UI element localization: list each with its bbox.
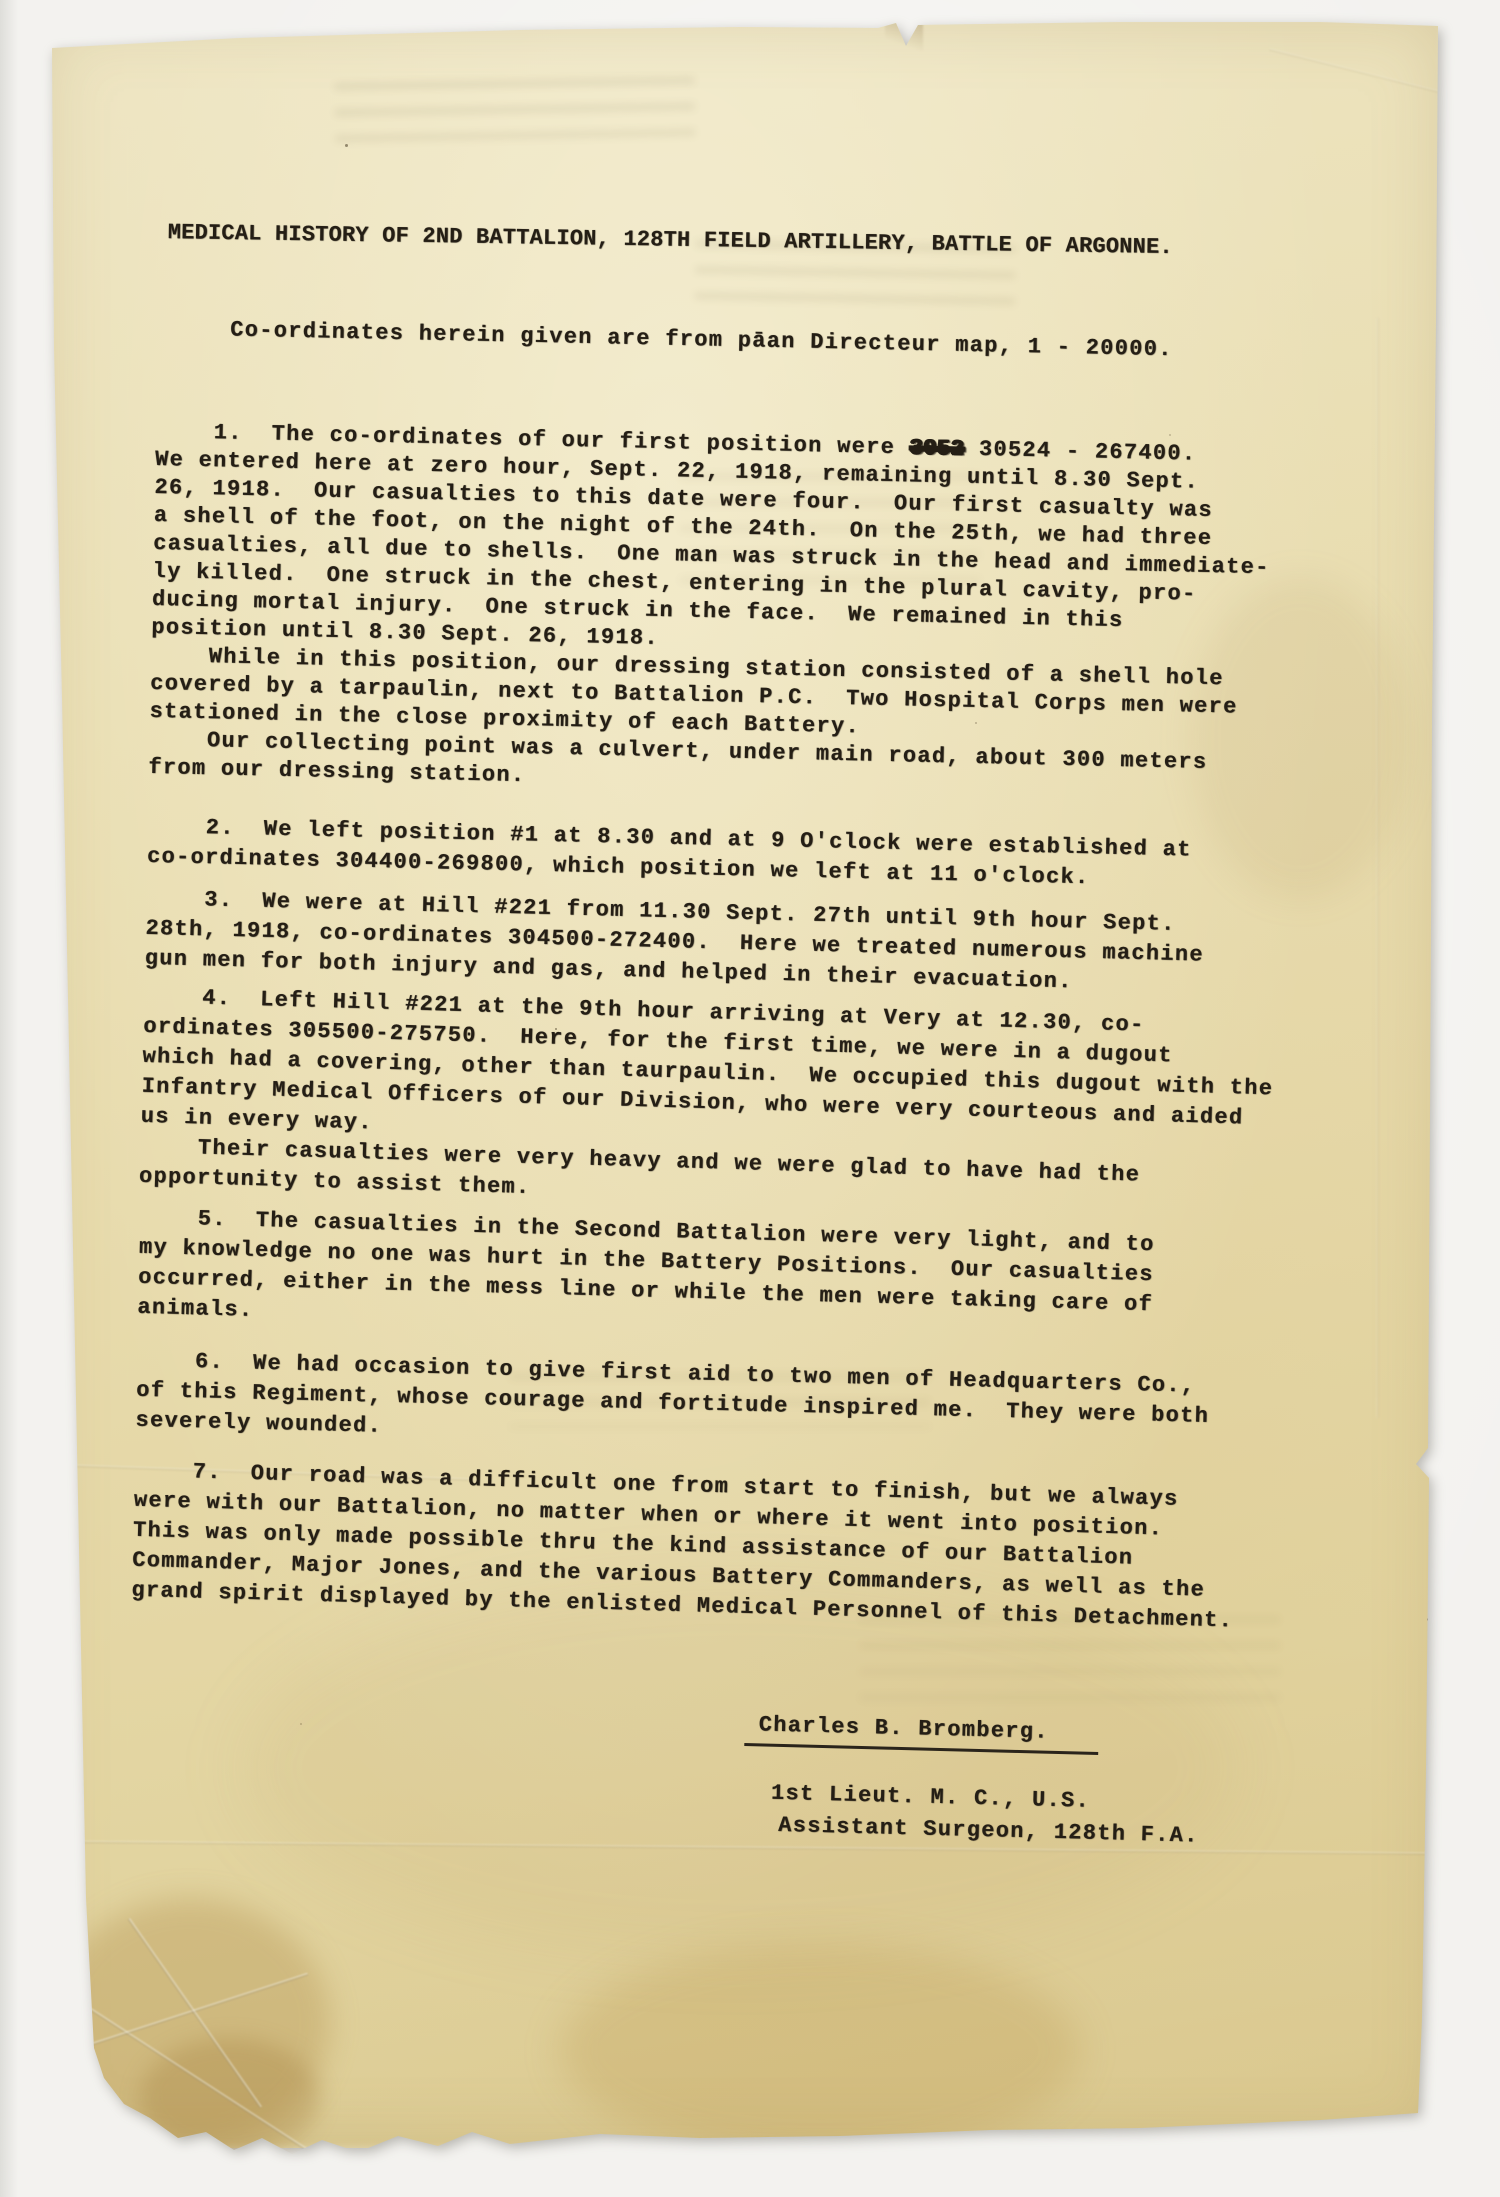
document-title: MEDICAL HISTORY OF 2ND BATTALION, 128TH … [168, 218, 1174, 263]
typed-content: MEDICAL HISTORY OF 2ND BATTALION, 128TH … [125, 218, 1450, 1994]
paragraph-1-lead-end: 30524 - 267400. [964, 437, 1197, 467]
paragraph-5: 5. The casualties in the Second Battalio… [137, 1203, 1155, 1350]
top-edge-fold-notch [885, 22, 923, 52]
paper-shadow-wrap: MEDICAL HISTORY OF 2ND BATTALION, 128TH … [40, 18, 1442, 2148]
paragraph-6: 6. We had occasion to give first aid to … [135, 1346, 1210, 1462]
top-right-crease [1269, 48, 1454, 97]
map-note-line: Co-ordinates herein given are from pāan … [157, 314, 1173, 365]
document-paper: MEDICAL HISTORY OF 2ND BATTALION, 128TH … [40, 18, 1442, 2148]
corner-crease [47, 1878, 81, 2056]
paragraph-7: 7. Our road was a difficult one from sta… [131, 1456, 1237, 1637]
paragraph-3: 3. We were at Hill #221 from 11.30 Sept.… [144, 884, 1205, 1001]
signature-underline: Charles B. Bromberg. [744, 1710, 1099, 1755]
paper-speck [345, 144, 348, 147]
scanned-document-page: { "colors": { "paper": "#e9dcae", "ink":… [0, 0, 1500, 2197]
signature-name: Charles B. Bromberg. [744, 1710, 1201, 1758]
struck-out-text: 3052 [909, 435, 964, 461]
paper-speck [1427, 1618, 1430, 1621]
paragraph-4: 4. Left Hill #221 at the 9th hour arrivi… [139, 982, 1276, 1224]
bleed-through-smudge [334, 77, 695, 151]
paragraph-2: 2. We left position #1 at 8.30 and at 9 … [147, 812, 1192, 896]
signature-block: Charles B. Bromberg. 1st Lieut. M. C., U… [742, 1710, 1202, 1852]
paragraph-1: 1. The co-ordinates of our first positio… [148, 418, 1272, 806]
scanner-edge-shadow [0, 0, 18, 2197]
paragraph-1-body: We entered here at zero hour, Sept. 22, … [148, 446, 1272, 806]
